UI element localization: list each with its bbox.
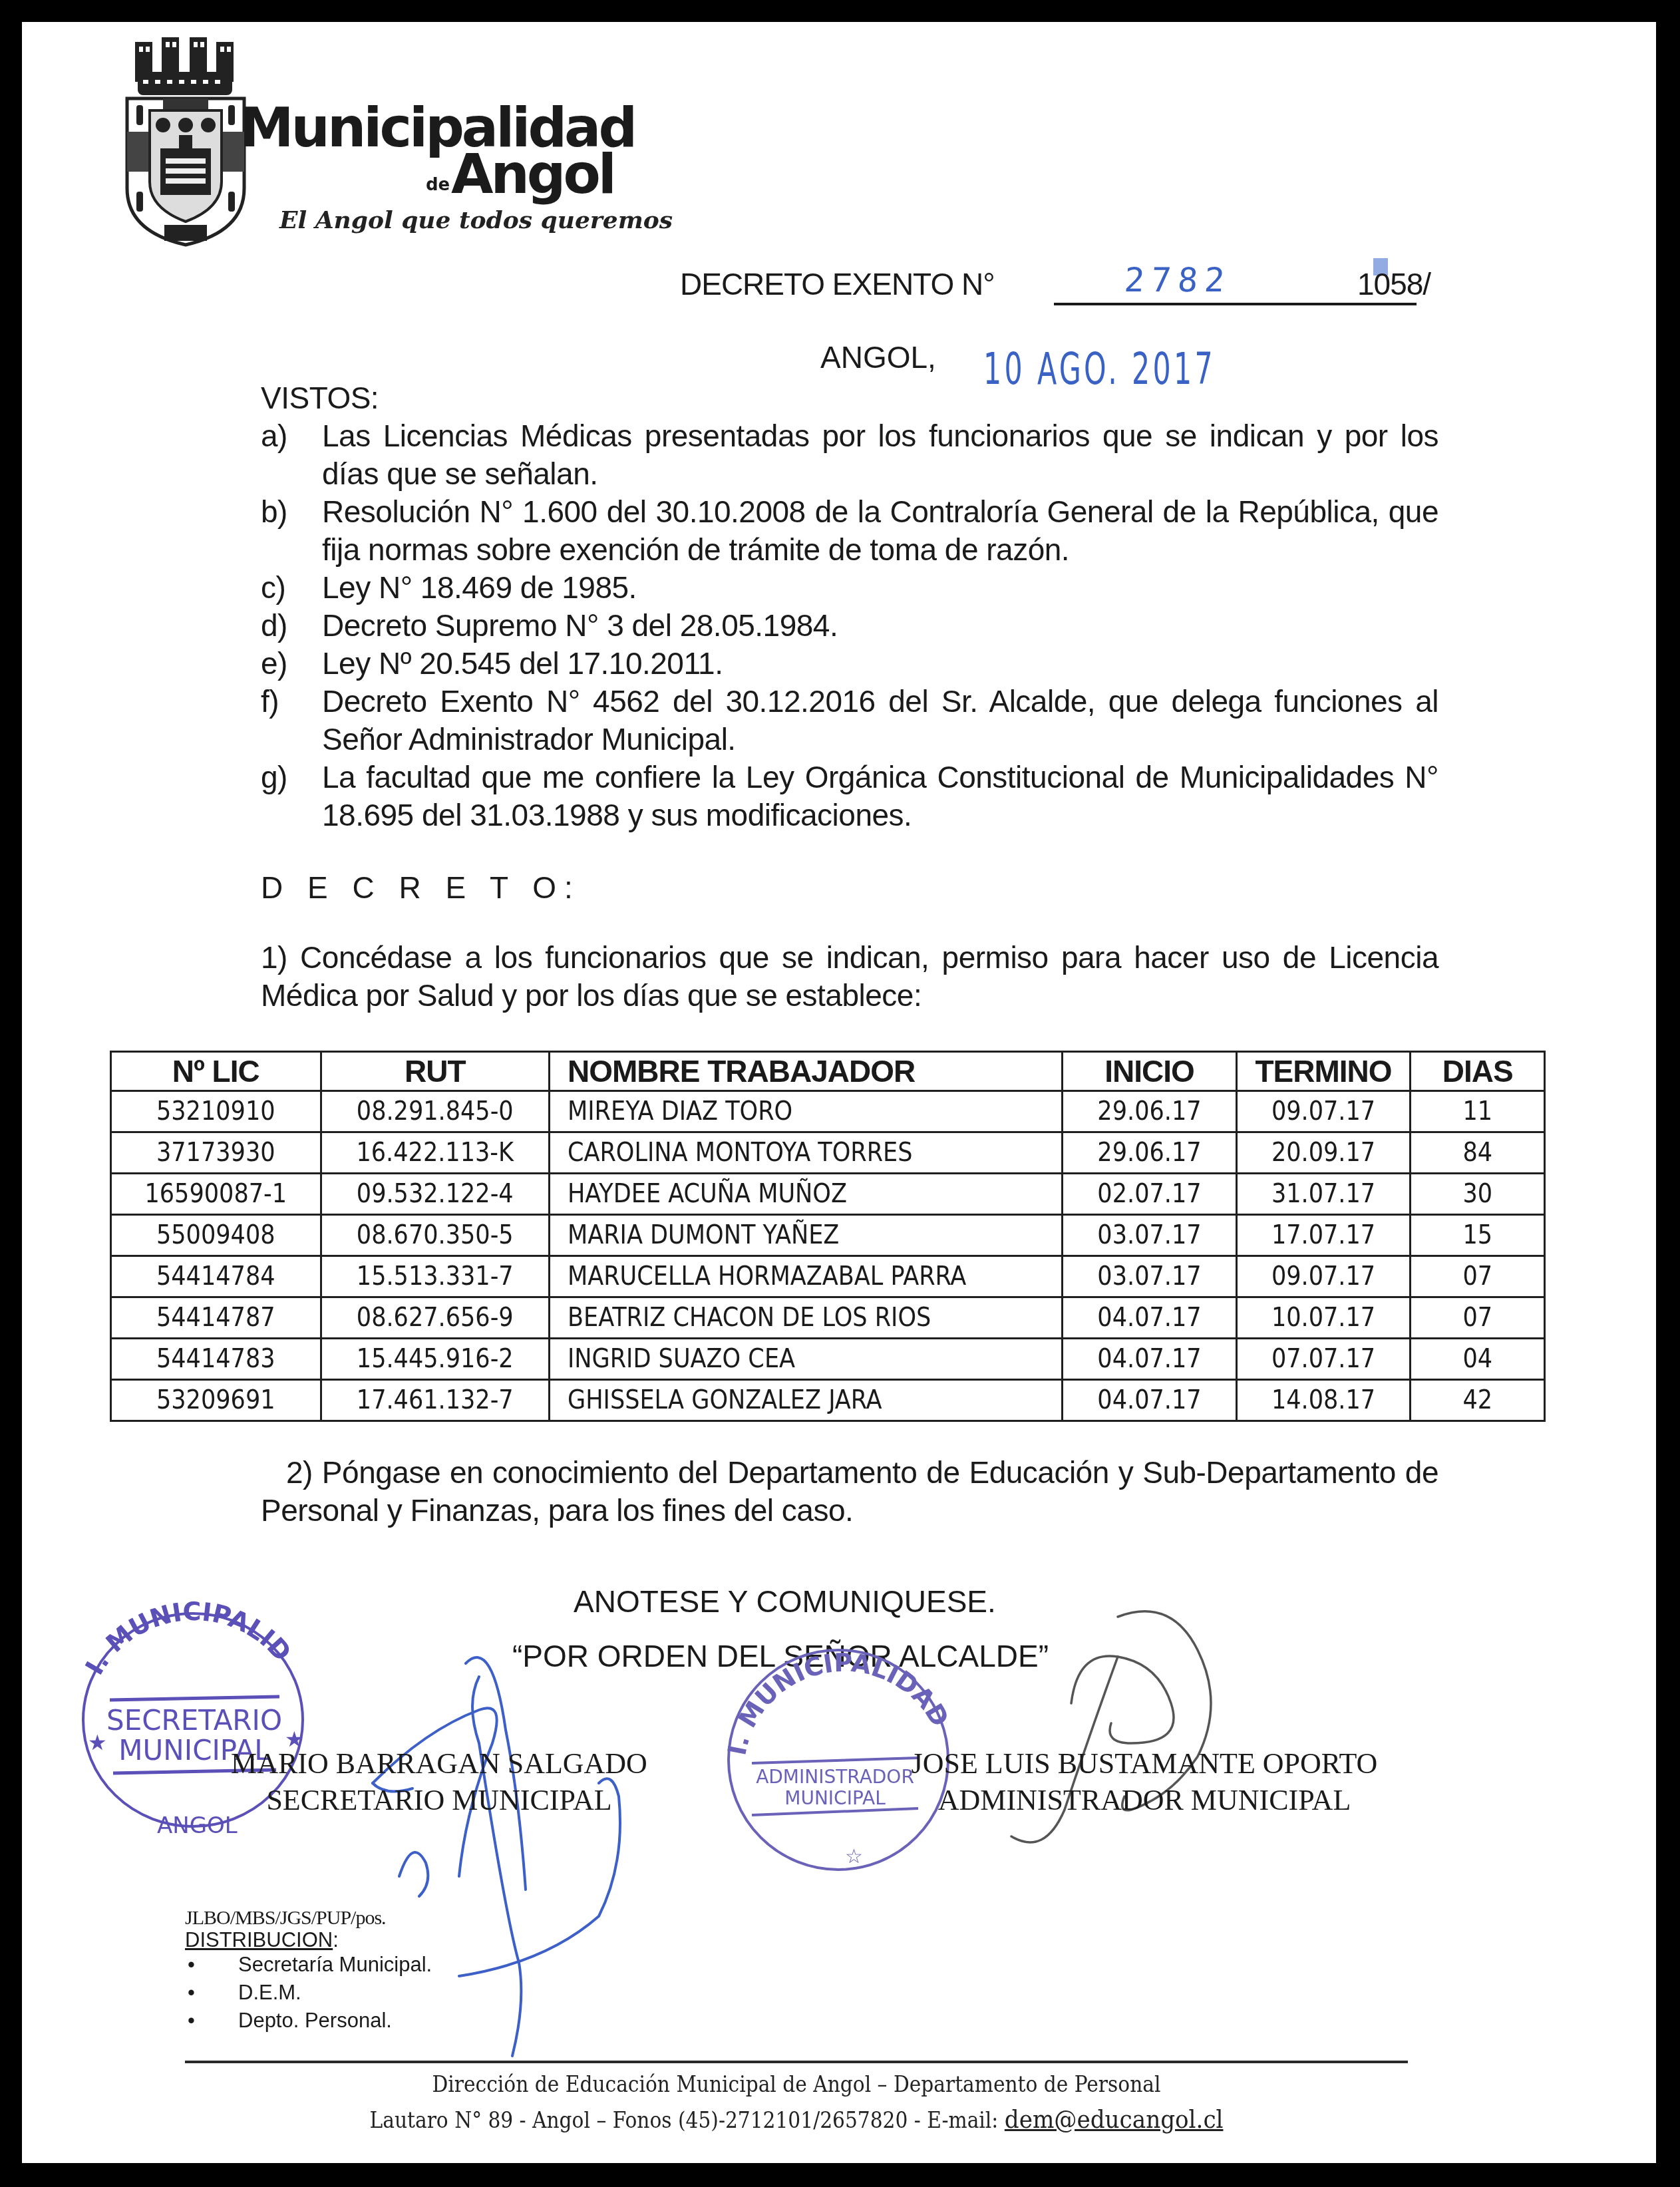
signatory-name: MARIO BARRAGAN SALGADO — [200, 1745, 679, 1782]
logo-slogan: El Angol que todos queremos — [279, 206, 673, 234]
cell-end-date: 14.08.17 — [1236, 1380, 1411, 1421]
decreto-paragraph-1: 1) Concédase a los funcionarios que se i… — [261, 939, 1438, 1015]
vistos-item: g)La facultad que me confiere la Ley Org… — [261, 758, 1438, 834]
distribution-title-colon: : — [333, 1928, 339, 1952]
distribution-item: •Depto. Personal. — [185, 2007, 432, 2035]
footer-email-link[interactable]: dem@educangol.cl — [1005, 2104, 1224, 2134]
date-stamp: 10 AGO. 2017 — [983, 343, 1216, 395]
column-header-lic-number: Nº LIC — [111, 1052, 321, 1091]
decree-suffix: 1058/ — [1357, 266, 1430, 302]
cell-start-date: 03.07.17 — [1063, 1256, 1236, 1297]
vistos-item-letter: g) — [261, 758, 322, 834]
cell-rut: 17.461.132-7 — [321, 1380, 549, 1421]
vistos-item: d)Decreto Supremo N° 3 del 28.05.1984. — [261, 607, 1438, 645]
cell-lic-number: 54414784 — [111, 1256, 321, 1297]
cell-end-date: 17.07.17 — [1236, 1215, 1411, 1256]
cell-rut: 16.422.113-K — [321, 1132, 549, 1174]
vistos-item-text: Decreto Supremo N° 3 del 28.05.1984. — [322, 607, 1438, 645]
cell-end-date: 10.07.17 — [1236, 1297, 1411, 1339]
column-header-end-date: TERMINO — [1236, 1052, 1411, 1091]
bullet-icon: • — [185, 2007, 238, 2035]
logo-city: Angol — [451, 143, 614, 206]
cell-days: 04 — [1411, 1339, 1545, 1380]
distribution-item-text: Depto. Personal. — [238, 2007, 392, 2035]
cell-worker-name: MARIA DUMONT YAÑEZ — [549, 1215, 1062, 1256]
cell-days: 11 — [1411, 1091, 1545, 1132]
cell-end-date: 20.09.17 — [1236, 1132, 1411, 1174]
table-row: 3717393016.422.113-KCAROLINA MONTOYA TOR… — [111, 1132, 1545, 1174]
table-row: 5321091008.291.845-0MIREYA DIAZ TORO29.0… — [111, 1091, 1545, 1132]
signatory-role: ADMINISTRADOR MUNICIPAL — [865, 1782, 1424, 1818]
cell-start-date: 04.07.17 — [1063, 1297, 1236, 1339]
vistos-item: b)Resolución N° 1.600 del 30.10.2008 de … — [261, 493, 1438, 569]
table-row: 5441478708.627.656-9BEATRIZ CHACON DE LO… — [111, 1297, 1545, 1339]
distribution-item-text: D.E.M. — [238, 1979, 301, 2007]
vistos-item-text: Decreto Exento N° 4562 del 30.12.2016 de… — [322, 683, 1438, 758]
vistos-item: a)Las Licencias Médicas presentadas por … — [261, 417, 1438, 493]
cell-start-date: 03.07.17 — [1063, 1215, 1236, 1256]
vistos-item-text: Ley Nº 20.545 del 17.10.2011. — [322, 645, 1438, 683]
cell-days: 42 — [1411, 1380, 1545, 1421]
closing-line-1: ANOTESE Y COMUNIQUESE. — [574, 1584, 996, 1619]
cell-worker-name: MIREYA DIAZ TORO — [549, 1091, 1062, 1132]
column-header-start-date: INICIO — [1063, 1052, 1236, 1091]
table-header-row: Nº LICRUTNOMBRE TRABAJADORINICIOTERMINOD… — [111, 1052, 1545, 1091]
table-row: 5441478315.445.916-2INGRID SUAZO CEA04.0… — [111, 1339, 1545, 1380]
cell-start-date: 29.06.17 — [1063, 1132, 1236, 1174]
footer-address: Lautaro N° 89 - Angol – Fonos (45)-27121… — [370, 2107, 1005, 2133]
cell-rut: 15.445.916-2 — [321, 1339, 549, 1380]
cell-rut: 08.627.656-9 — [321, 1297, 549, 1339]
cell-rut: 09.532.122-4 — [321, 1174, 549, 1215]
table-row: 16590087-109.532.122-4HAYDEE ACUÑA MUÑOZ… — [111, 1174, 1545, 1215]
cell-start-date: 04.07.17 — [1063, 1380, 1236, 1421]
cell-worker-name: CAROLINA MONTOYA TORRES — [549, 1132, 1062, 1174]
cell-lic-number: 16590087-1 — [111, 1174, 321, 1215]
cell-worker-name: MARUCELLA HORMAZABAL PARRA — [549, 1256, 1062, 1297]
footer-divider — [185, 2061, 1408, 2063]
vistos-title: VISTOS: — [261, 379, 379, 417]
cell-end-date: 09.07.17 — [1236, 1091, 1411, 1132]
signatory-role: SECRETARIO MUNICIPAL — [200, 1782, 679, 1818]
distribution-list: •Secretaría Municipal.•D.E.M.•Depto. Per… — [185, 1951, 432, 2035]
bullet-icon: • — [185, 1979, 238, 2007]
vistos-item-text: Las Licencias Médicas presentadas por lo… — [322, 417, 1438, 493]
vistos-item: c)Ley N° 18.469 de 1985. — [261, 569, 1438, 607]
cell-days: 07 — [1411, 1256, 1545, 1297]
table-row: 5320969117.461.132-7GHISSELA GONZALEZ JA… — [111, 1380, 1545, 1421]
distribution-item: •Secretaría Municipal. — [185, 1951, 432, 1979]
vistos-item-letter: b) — [261, 493, 322, 569]
cell-lic-number: 53209691 — [111, 1380, 321, 1421]
cell-days: 30 — [1411, 1174, 1545, 1215]
cell-start-date: 29.06.17 — [1063, 1091, 1236, 1132]
cell-lic-number: 54414787 — [111, 1297, 321, 1339]
column-header-days: DIAS — [1411, 1052, 1545, 1091]
decree-number-underline — [1054, 303, 1417, 305]
licenses-table: Nº LICRUTNOMBRE TRABAJADORINICIOTERMINOD… — [110, 1051, 1546, 1422]
cell-worker-name: HAYDEE ACUÑA MUÑOZ — [549, 1174, 1062, 1215]
cell-lic-number: 55009408 — [111, 1215, 321, 1256]
cell-worker-name: GHISSELA GONZALEZ JARA — [549, 1380, 1062, 1421]
footer-line-2: Lautaro N° 89 - Angol – Fonos (45)-27121… — [185, 2104, 1408, 2134]
cell-start-date: 04.07.17 — [1063, 1339, 1236, 1380]
cell-end-date: 09.07.17 — [1236, 1256, 1411, 1297]
cell-rut: 08.670.350-5 — [321, 1215, 549, 1256]
cell-worker-name: INGRID SUAZO CEA — [549, 1339, 1062, 1380]
vistos-item-text: La facultad que me confiere la Ley Orgán… — [322, 758, 1438, 834]
cell-worker-name: BEATRIZ CHACON DE LOS RIOS — [549, 1297, 1062, 1339]
signatory-administrador: JOSE LUIS BUSTAMANTE OPORTO ADMINISTRADO… — [865, 1745, 1424, 1818]
decreto-paragraph-2: 2) Póngase en conocimiento del Departame… — [261, 1454, 1438, 1530]
distribution-item: •D.E.M. — [185, 1979, 432, 2007]
decree-stamp-number: 2782 — [1123, 261, 1232, 299]
cell-days: 84 — [1411, 1132, 1545, 1174]
vistos-item-text: Resolución N° 1.600 del 30.10.2008 de la… — [322, 493, 1438, 569]
vistos-item-letter: a) — [261, 417, 322, 493]
cell-rut: 15.513.331-7 — [321, 1256, 549, 1297]
column-header-rut: RUT — [321, 1052, 549, 1091]
logo-de: de — [426, 175, 450, 195]
distribution-item-text: Secretaría Municipal. — [238, 1951, 432, 1979]
decree-label: DECRETO EXENTO N° — [680, 266, 995, 302]
signatory-secretario: MARIO BARRAGAN SALGADO SECRETARIO MUNICI… — [200, 1745, 679, 1818]
cell-rut: 08.291.845-0 — [321, 1091, 549, 1132]
table-row: 5500940808.670.350-5MARIA DUMONT YAÑEZ03… — [111, 1215, 1545, 1256]
vistos-item-text: Ley N° 18.469 de 1985. — [322, 569, 1438, 607]
column-header-worker-name: NOMBRE TRABAJADOR — [549, 1052, 1062, 1091]
cell-lic-number: 54414783 — [111, 1339, 321, 1380]
cell-lic-number: 53210910 — [111, 1091, 321, 1132]
cell-days: 15 — [1411, 1215, 1545, 1256]
decreto-title: D E C R E T O: — [261, 869, 581, 907]
vistos-item-letter: c) — [261, 569, 322, 607]
vistos-item-letter: d) — [261, 607, 322, 645]
vistos-item: e)Ley Nº 20.545 del 17.10.2011. — [261, 645, 1438, 683]
vistos-item-letter: f) — [261, 683, 322, 758]
initials: JLBO/MBS/JGS/PUP/pos. — [185, 1907, 386, 1930]
table-row: 5441478415.513.331-7MARUCELLA HORMAZABAL… — [111, 1256, 1545, 1297]
cell-end-date: 07.07.17 — [1236, 1339, 1411, 1380]
cell-start-date: 02.07.17 — [1063, 1174, 1236, 1215]
vistos-item-letter: e) — [261, 645, 322, 683]
footer-line-1: Dirección de Educación Municipal de Ango… — [185, 2071, 1408, 2097]
closing-line-2: “POR ORDEN DEL SEÑOR ALCALDE” — [512, 1638, 1049, 1674]
vistos-list: a)Las Licencias Médicas presentadas por … — [261, 417, 1438, 834]
cell-lic-number: 37173930 — [111, 1132, 321, 1174]
distribution-title-text: DISTRIBUCION — [185, 1928, 333, 1951]
city-label: ANGOL, — [820, 339, 936, 375]
distribution-title: DISTRIBUCION: — [185, 1928, 339, 1952]
vistos-item: f)Decreto Exento N° 4562 del 30.12.2016 … — [261, 683, 1438, 758]
signatory-name: JOSE LUIS BUSTAMANTE OPORTO — [865, 1745, 1424, 1782]
cell-end-date: 31.07.17 — [1236, 1174, 1411, 1215]
bullet-icon: • — [185, 1951, 238, 1979]
cell-days: 07 — [1411, 1297, 1545, 1339]
